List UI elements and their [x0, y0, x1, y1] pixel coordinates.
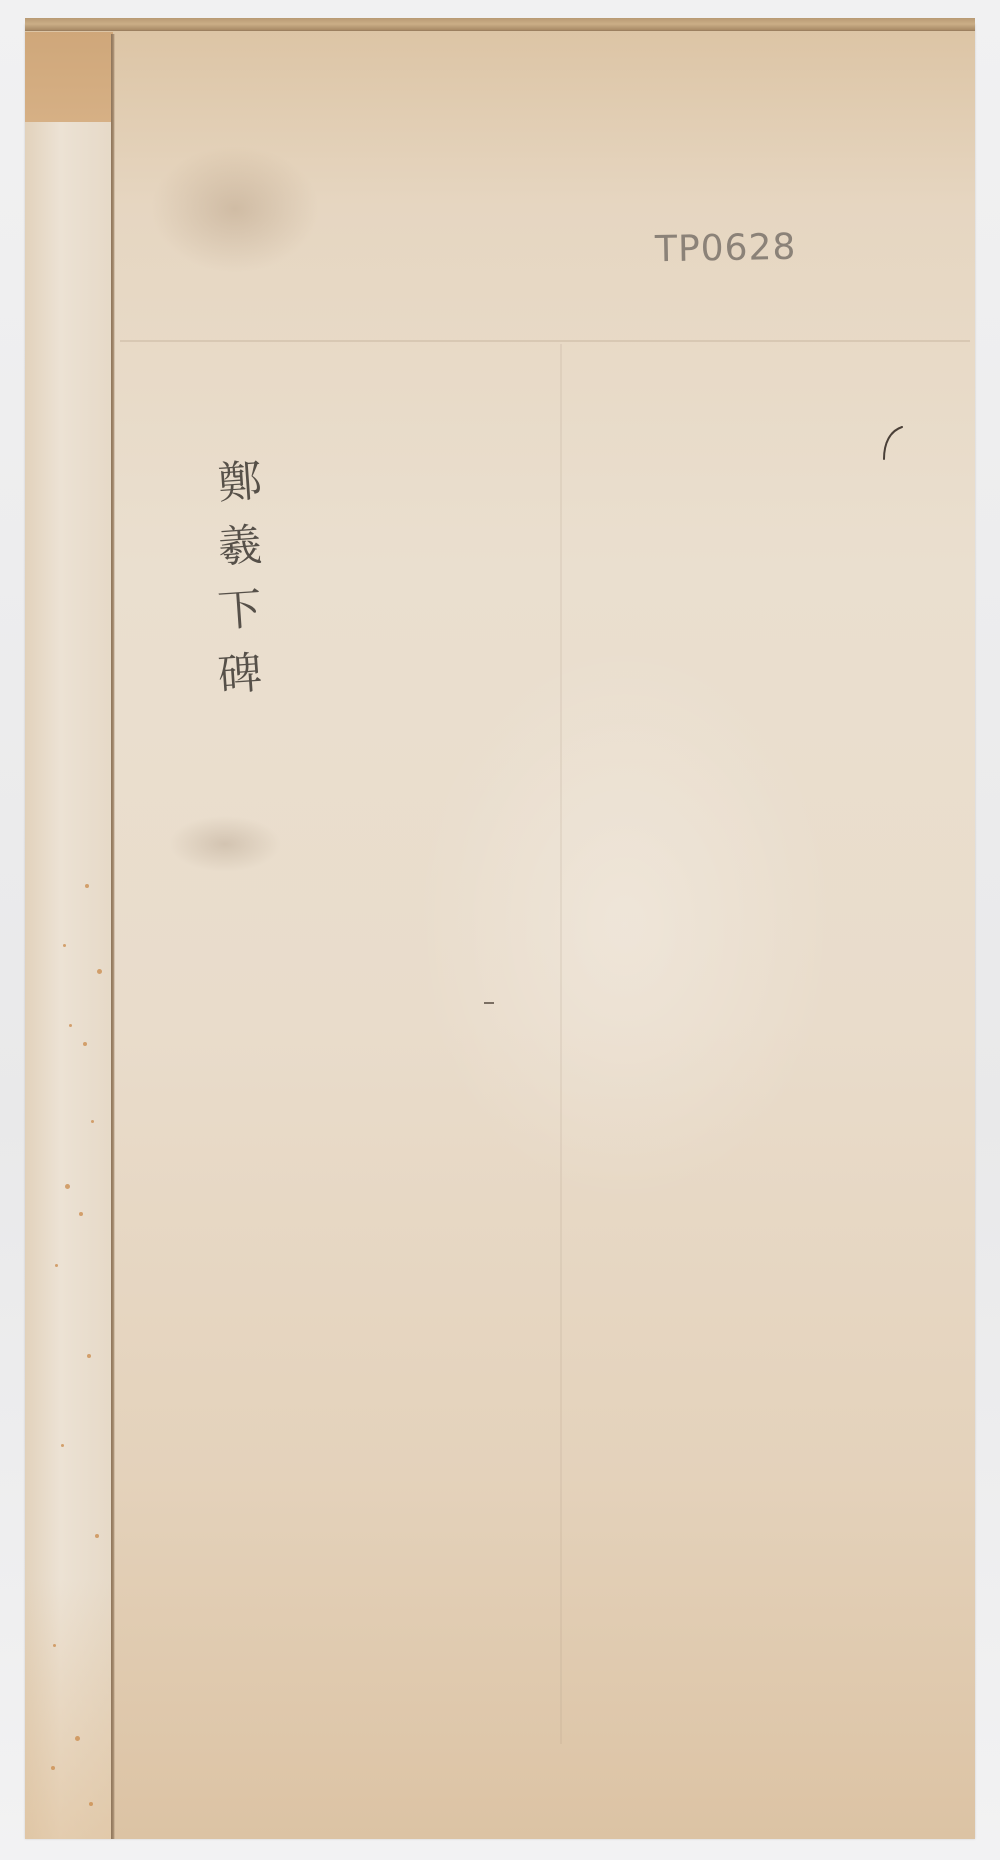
title-char: 下: [216, 582, 264, 641]
spine-bottom-stain: [25, 1579, 113, 1839]
paper-fold-horizontal: [120, 340, 970, 342]
foxing-spot: [85, 884, 89, 888]
foxing-spot: [65, 1184, 70, 1189]
foxing-spot: [61, 1444, 64, 1447]
worn-top-edge: [25, 18, 975, 31]
catalog-number-label: TP0628: [655, 227, 797, 270]
foxing-spot: [75, 1736, 80, 1741]
title-char: 羲: [216, 518, 264, 577]
foxing-spot: [55, 1264, 58, 1267]
spine-fold-line: [111, 34, 115, 1839]
foxing-spot: [83, 1042, 87, 1046]
foxing-spot: [91, 1120, 94, 1123]
album-cover: [25, 24, 975, 1839]
pencil-dash-mark: [484, 1002, 494, 1004]
foxing-spot: [89, 1802, 93, 1806]
pencil-arc-mark: [880, 423, 904, 463]
foxing-spot: [69, 1024, 72, 1027]
spine-strip: [25, 32, 113, 1839]
paper-fold-vertical: [560, 344, 562, 1744]
foxing-spot: [79, 1212, 83, 1216]
spine-tab: [25, 32, 113, 122]
handwritten-title: 鄭 羲 下 碑: [190, 455, 290, 703]
foxing-spot: [53, 1644, 56, 1647]
foxing-spot: [97, 969, 102, 974]
foxing-spot: [95, 1534, 99, 1538]
foxing-spot: [63, 944, 66, 947]
title-char: 碑: [216, 646, 264, 705]
foxing-spot: [87, 1354, 91, 1358]
title-char: 鄭: [216, 454, 264, 513]
foxing-spot: [51, 1766, 55, 1770]
